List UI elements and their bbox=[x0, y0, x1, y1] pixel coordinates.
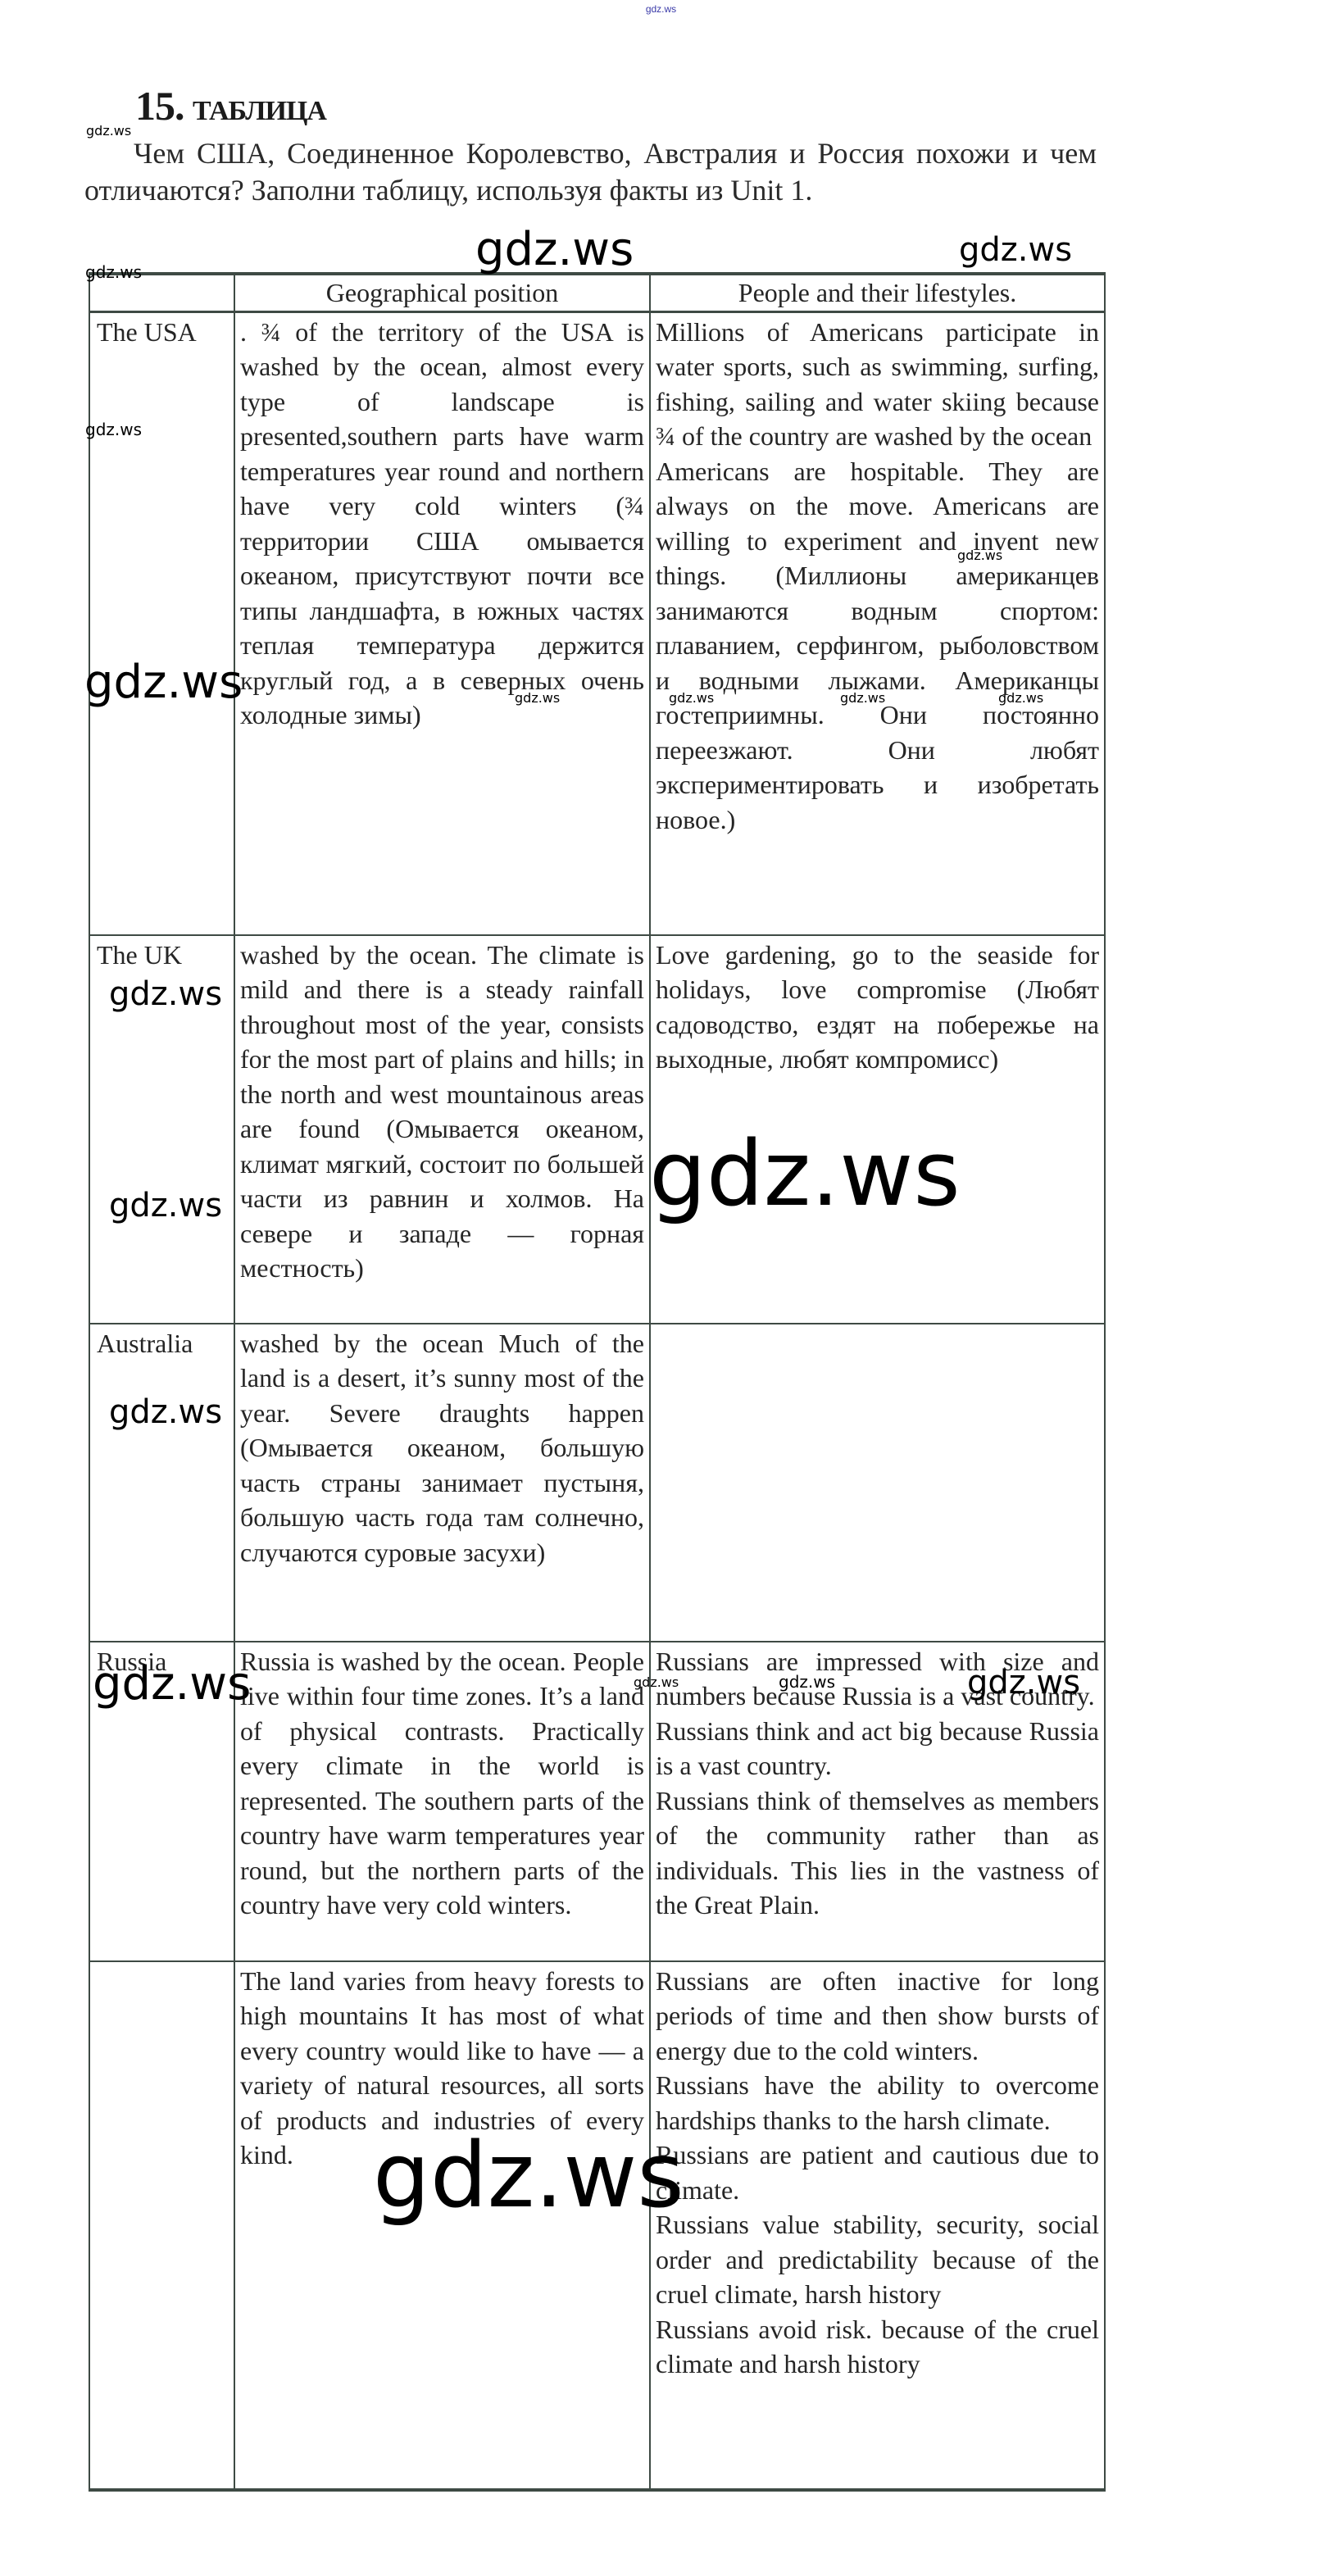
watermark: gdz.ws bbox=[957, 547, 1002, 563]
watermark: gdz.ws bbox=[967, 1664, 1080, 1701]
exercise-instruction: Чем США, Соединенное Королевство, Австра… bbox=[84, 135, 1097, 209]
watermark: gdz.ws bbox=[475, 223, 634, 276]
watermark: gdz.ws bbox=[109, 975, 222, 1013]
watermark: gdz.ws bbox=[109, 1393, 222, 1431]
watermark: gdz.ws bbox=[840, 690, 885, 706]
exercise-heading: 15. ТАБЛИЦА bbox=[135, 82, 326, 129]
watermark: gdz.ws bbox=[779, 1672, 835, 1692]
country-cell: The USA bbox=[89, 311, 234, 935]
country-cell bbox=[89, 1961, 234, 2490]
watermark: gdz.ws bbox=[109, 1187, 222, 1224]
people-text: Russians think and act big because Russi… bbox=[656, 1714, 1099, 1783]
table-row: The USA . ¾ of the territory of the USA … bbox=[89, 311, 1105, 935]
table-header-row: Geographical position People and their l… bbox=[89, 274, 1105, 311]
table-row: Australia washed by the ocean Much of th… bbox=[89, 1324, 1105, 1642]
people-text: Americans are hospitable. They are alway… bbox=[656, 454, 1099, 838]
watermark: gdz.ws bbox=[85, 262, 142, 282]
watermark: gdz.ws bbox=[373, 2123, 684, 2228]
watermark: gdz.ws bbox=[515, 690, 560, 706]
people-text: Russians think of themselves as members … bbox=[656, 1783, 1099, 1923]
geography-cell: . ¾ of the territory of the USA is washe… bbox=[234, 311, 650, 935]
people-text: Millions of Americans participate in wat… bbox=[656, 315, 1099, 454]
top-watermark: gdz.ws bbox=[0, 3, 1322, 15]
people-cell: Millions of Americans participate in wat… bbox=[650, 311, 1105, 935]
geography-cell: washed by the ocean. The climate is mild… bbox=[234, 935, 650, 1324]
watermark: gdz.ws bbox=[85, 420, 142, 439]
people-text: Love gardening, go to the seaside for ho… bbox=[656, 938, 1099, 1077]
people-cell bbox=[650, 1324, 1105, 1642]
watermark: gdz.ws bbox=[634, 1674, 679, 1690]
header-geography: Geographical position bbox=[234, 274, 650, 311]
geography-text: . ¾ of the territory of the USA is washe… bbox=[240, 315, 644, 733]
geography-text: washed by the ocean. The climate is mild… bbox=[240, 938, 644, 1286]
people-text: Russians value stability, security, soci… bbox=[656, 2207, 1099, 2312]
country-cell: Australia bbox=[89, 1324, 234, 1642]
geography-text: Russia is washed by the ocean. People li… bbox=[240, 1644, 644, 1923]
watermark: gdz.ws bbox=[84, 656, 243, 709]
people-cell: Russians are often inactive for long per… bbox=[650, 1961, 1105, 2490]
watermark: gdz.ws bbox=[649, 1121, 961, 1226]
watermark: gdz.ws bbox=[959, 231, 1072, 269]
exercise-number: 15. bbox=[135, 83, 184, 129]
people-text: Russians are patient and cautious due to… bbox=[656, 2138, 1099, 2207]
people-text: Russians have the ability to overcome ha… bbox=[656, 2068, 1099, 2138]
geography-text: washed by the ocean Much of the land is … bbox=[240, 1326, 644, 1570]
people-text: Russians are often inactive for long per… bbox=[656, 1964, 1099, 2069]
geography-cell: Russia is washed by the ocean. People li… bbox=[234, 1642, 650, 1961]
exercise-title: ТАБЛИЦА bbox=[193, 96, 326, 126]
geography-cell: washed by the ocean Much of the land is … bbox=[234, 1324, 650, 1642]
watermark: gdz.ws bbox=[93, 1657, 251, 1711]
watermark: gdz.ws bbox=[86, 123, 131, 139]
watermark: gdz.ws bbox=[669, 690, 714, 706]
people-text: Russians avoid risk. because of the crue… bbox=[656, 2312, 1099, 2382]
watermark: gdz.ws bbox=[998, 690, 1043, 706]
header-people: People and their lifestyles. bbox=[650, 274, 1105, 311]
